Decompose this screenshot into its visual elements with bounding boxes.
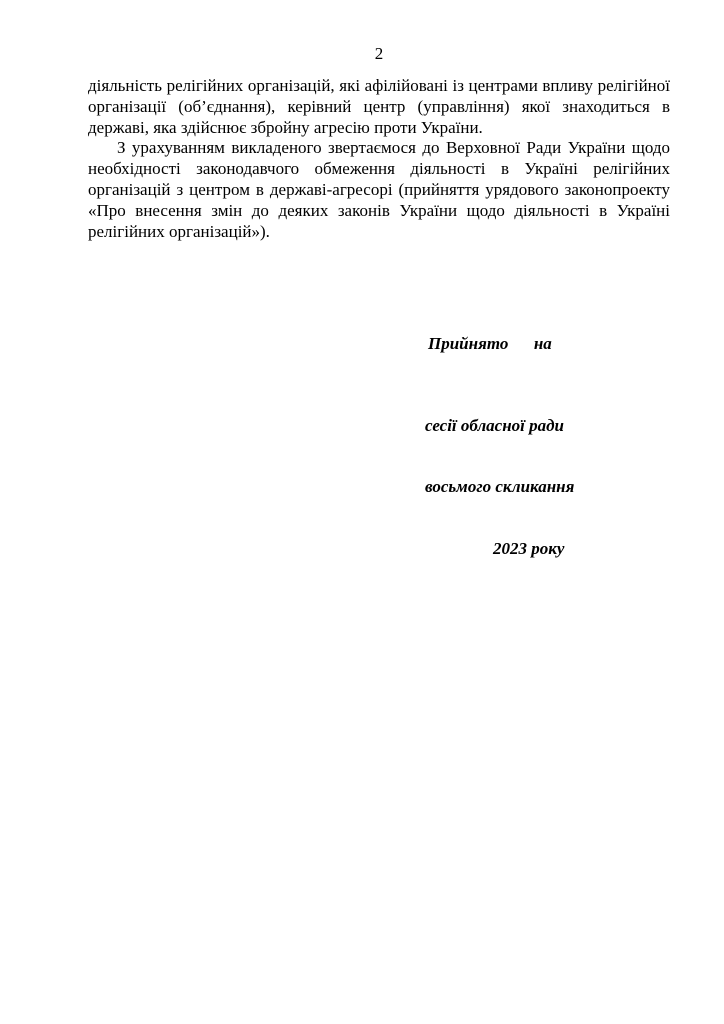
adoption-line-year: 2023 року — [425, 539, 574, 560]
adoption-line-accepted: Прийнято на — [425, 334, 574, 355]
document-page: 2 діяльність релігійних організацій, які… — [0, 0, 724, 1024]
paragraph-continuation: діяльність релігійних організацій, які а… — [88, 76, 670, 138]
page-number: 2 — [88, 44, 670, 64]
document-body: діяльність релігійних організацій, які а… — [88, 76, 670, 242]
adoption-line-session: сесії обласної ради — [425, 416, 574, 437]
paragraph-appeal: З урахуванням викладеного звертаємося до… — [88, 138, 670, 242]
adoption-line-convocation: восьмого скликання — [425, 477, 574, 498]
adoption-block: Прийнято на сесії обласної ради восьмого… — [425, 293, 574, 600]
